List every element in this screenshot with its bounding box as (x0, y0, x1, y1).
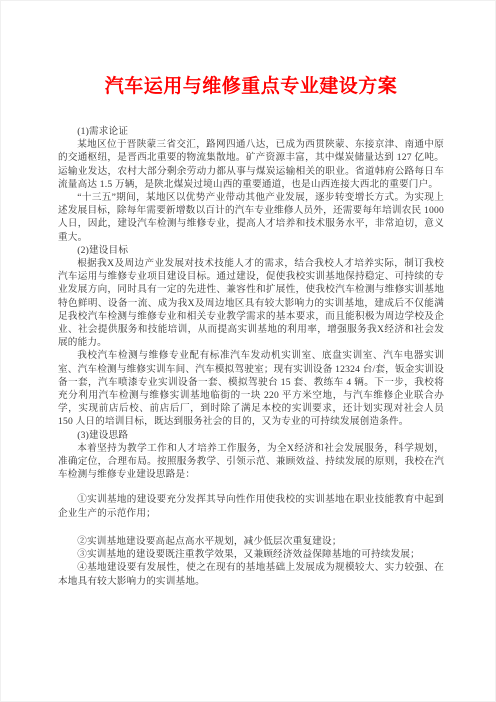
section-3-item-1: ①实训基地的建设要充分发挥其导向性作用使我校的实训基地在职业技能教育中起到企业生… (58, 493, 444, 519)
section-3-heading: (3)建设思路 (58, 429, 444, 442)
section-2-heading: (2)建设目标 (58, 244, 444, 257)
section-3-item-4: ④基地建设要有发展性，使之在现有的基地基础上发展成为规模较大、实力较强、在本地具… (58, 561, 444, 587)
section-2-paragraph-1: 根据我X及周边产业发展对技术技能人才的需求，结合我校人才培养实际，制订我校汽车运… (58, 257, 444, 349)
document-page: 汽车运用与维修重点专业建设方案 (1)需求论证 某地区位于晋陕蒙三省交汇，路网四… (0, 0, 496, 702)
section-3-paragraph-1: 本着坚持为教学工作和人才培养工作服务，为全X经济和社会发展服务，科学规划，准确定… (58, 442, 444, 482)
section-1-paragraph-2: “十三五”期间，某地区以优势产业带动其他产业发展，逐步转变增长方式。为实现上述发… (58, 191, 444, 244)
section-1-paragraph-1: 某地区位于晋陕蒙三省交汇，路网四通八达，已成为西贯陕蒙、东接京津、南通中原的交通… (58, 138, 444, 191)
section-3-item-2: ②实训基地建设要高起点高水平规划，减少低层次重复建设； (58, 535, 444, 548)
section-3-item-3: ③实训基地的建设要既注重教学效果，又兼顾经济效益保障基地的可持续发展； (58, 548, 444, 561)
section-1-heading: (1)需求论证 (58, 125, 444, 138)
section-2-paragraph-2: 我校汽车检测与维修专业配有标准汽车发动机实训室、底盘实训室、汽车电器实训室、汽车… (58, 349, 444, 428)
document-title: 汽车运用与维修重点专业建设方案 (58, 71, 444, 98)
document-body: (1)需求论证 某地区位于晋陕蒙三省交汇，路网四通八达，已成为西贯陕蒙、东接京津… (58, 125, 444, 588)
